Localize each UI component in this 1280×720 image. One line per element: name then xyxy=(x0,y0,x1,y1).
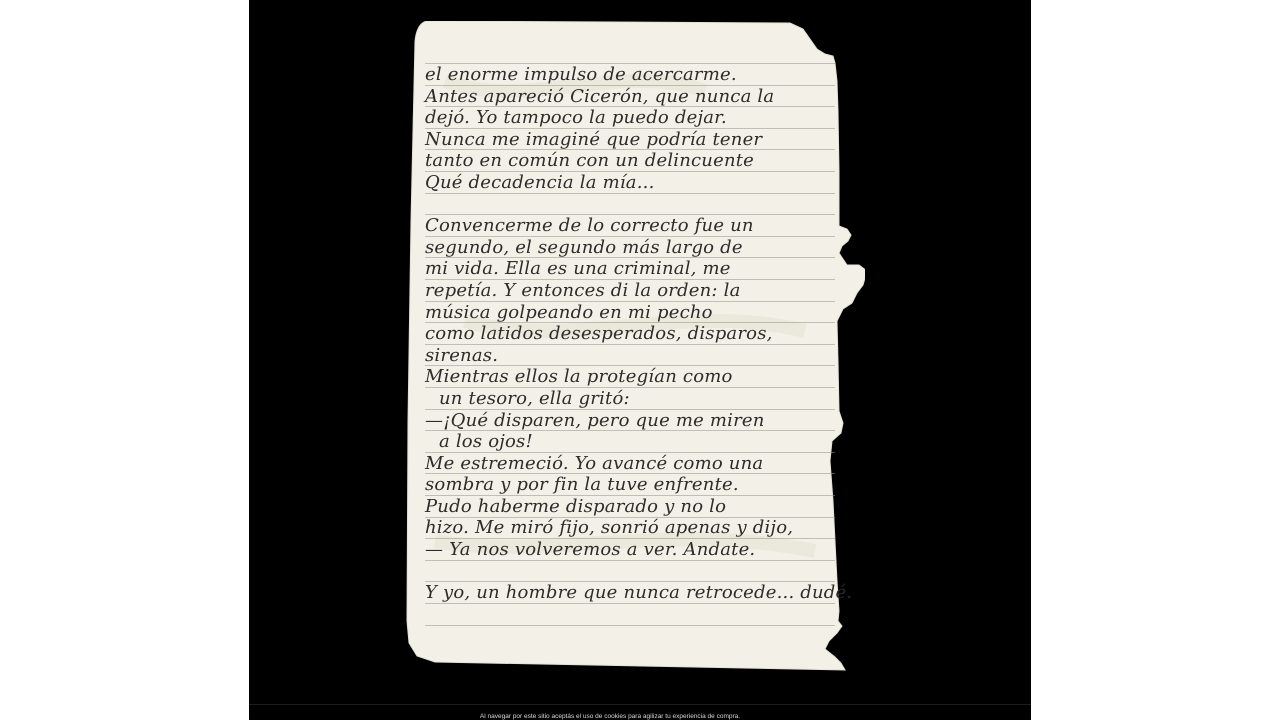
handwritten-note-page: el enorme impulso de acercarme. Antes ap… xyxy=(405,21,845,673)
note-line xyxy=(425,194,845,216)
note-line: Qué decadencia la mía... xyxy=(425,172,845,194)
note-line: Y yo, un hombre que nunca retrocede... d… xyxy=(425,582,845,604)
note-line: como latidos desesperados, disparos, xyxy=(425,323,845,345)
note-line: —¡Qué disparen, pero que me miren xyxy=(425,410,845,432)
note-line: un tesoro, ella gritó: xyxy=(425,388,845,410)
note-line: música golpeando en mi pecho xyxy=(425,302,845,324)
note-line: dejó. Yo tampoco la puedo dejar. xyxy=(425,107,845,129)
note-line: Antes apareció Cicerón, que nunca la xyxy=(425,86,845,108)
cookie-notice-bar: Al navegar por este sitio aceptás el uso… xyxy=(249,705,1031,720)
note-line: sirenas. xyxy=(425,345,845,367)
note-line: Convencerme de lo correcto fue un xyxy=(425,215,845,237)
note-line xyxy=(425,561,845,583)
note-line: repetía. Y entonces di la orden: la xyxy=(425,280,845,302)
note-line: hizo. Me miró fijo, sonrió apenas y dijo… xyxy=(425,517,845,539)
note-line: — Ya nos volveremos a ver. Andate. xyxy=(425,539,845,561)
note-line: Nunca me imaginé que podría tener xyxy=(425,129,845,151)
note-line: Me estremeció. Yo avancé como una xyxy=(425,453,845,475)
cookie-notice-text: Al navegar por este sitio aceptás el uso… xyxy=(480,705,740,720)
handwritten-text: el enorme impulso de acercarme. Antes ap… xyxy=(425,64,845,604)
note-line: segundo, el segundo más largo de xyxy=(425,237,845,259)
note-line: mi vida. Ella es una criminal, me xyxy=(425,258,845,280)
note-line: Pudo haberme disparado y no lo xyxy=(425,496,845,518)
note-line: sombra y por fin la tuve enfrente. xyxy=(425,474,845,496)
note-line: a los ojos! xyxy=(425,431,845,453)
note-line: Mientras ellos la protegían como xyxy=(425,366,845,388)
note-line: el enorme impulso de acercarme. xyxy=(425,64,845,86)
note-line: tanto en común con un delincuente xyxy=(425,150,845,172)
